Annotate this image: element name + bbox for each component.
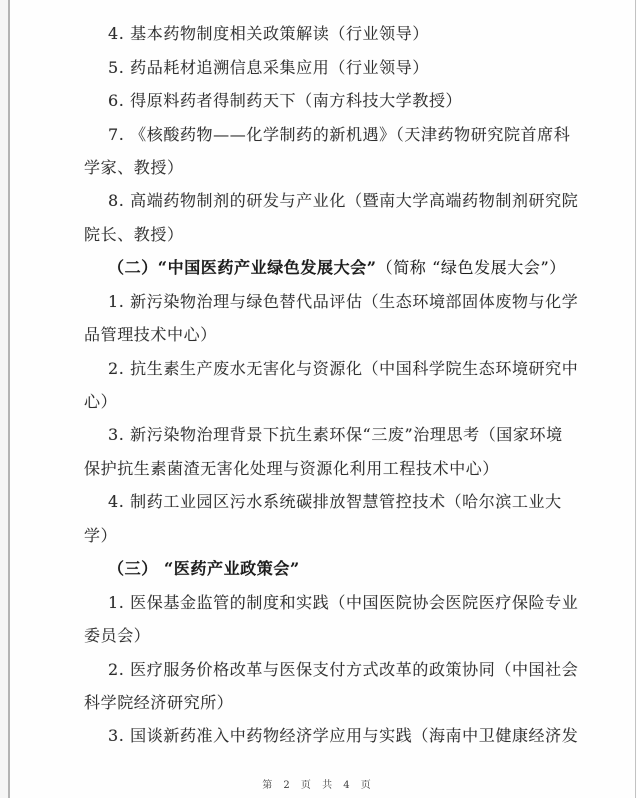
scan-margin-shade [0, 0, 8, 798]
list-item-line: 8. 高端药物制剂的研发与产业化（暨南大学高端药物制剂研究院 [84, 183, 564, 216]
page-number: 第 2 页 共 4 页 [0, 776, 637, 791]
list-item-line: 2. 医疗服务价格改革与医保支付方式改革的政策协同（中国社会 [84, 651, 564, 684]
scan-edge-left [8, 0, 10, 798]
list-item-line: 2. 抗生素生产废水无害化与资源化（中国科学院生态环境研究中 [84, 350, 564, 383]
list-item-line: 1. 新污染物治理与绿色替代品评估（生态环境部固体废物与化学 [84, 284, 564, 317]
list-item-continuation-line: 学家、教授） [84, 150, 564, 183]
list-item-continuation-line: 科学院经济研究所） [84, 685, 564, 718]
list-item-continuation-line: 品管理技术中心） [84, 317, 564, 350]
list-item-line: 6. 得原料药者得制药天下（南方科技大学教授） [84, 83, 564, 116]
list-item-line: 3. 国谈新药准入中药物经济学应用与实践（海南中卫健康经济发 [84, 718, 564, 751]
list-item-line: 7. 《核酸药物——化学制药的新机遇》（天津药物研究院首席科 [84, 116, 564, 149]
section-heading-note: （简称 “绿色发展大会”） [377, 255, 566, 278]
list-item-continuation-line: 保护抗生素菌渣无害化处理与资源化利用工程技术中心） [84, 451, 564, 484]
list-item-line: 5. 药品耗材追溯信息采集应用（行业领导） [84, 49, 564, 82]
list-item-line: 3. 新污染物治理背景下抗生素环保“三废”治理思考（国家环境 [84, 417, 564, 450]
list-item-line: 4. 制药工业园区污水系统碳排放智慧管控技术（哈尔滨工业大 [84, 484, 564, 517]
list-item-continuation-line: 院长、教授） [84, 217, 564, 250]
list-item-continuation-line: 委员会） [84, 618, 564, 651]
section-heading-green-development: （二）“中国医药产业绿色发展大会”（简称 “绿色发展大会”） [84, 250, 564, 283]
list-item-continuation-line: 学） [84, 518, 564, 551]
scan-edge-right [635, 0, 637, 798]
section-heading-policy: （三） “医药产业政策会” [84, 551, 564, 584]
section-heading-title: （三） “医药产业政策会” [108, 556, 300, 579]
list-item-line: 1. 医保基金监管的制度和实践（中国医院协会医院医疗保险专业 [84, 584, 564, 617]
list-item-continuation-line: 心） [84, 384, 564, 417]
section-heading-title: （二）“中国医药产业绿色发展大会” [108, 255, 377, 278]
document-body: 4. 基本药物制度相关政策解读（行业领导） 5. 药品耗材追溯信息采集应用（行业… [84, 16, 564, 752]
document-page: 4. 基本药物制度相关政策解读（行业领导） 5. 药品耗材追溯信息采集应用（行业… [0, 0, 637, 798]
list-item-line: 4. 基本药物制度相关政策解读（行业领导） [84, 16, 564, 49]
